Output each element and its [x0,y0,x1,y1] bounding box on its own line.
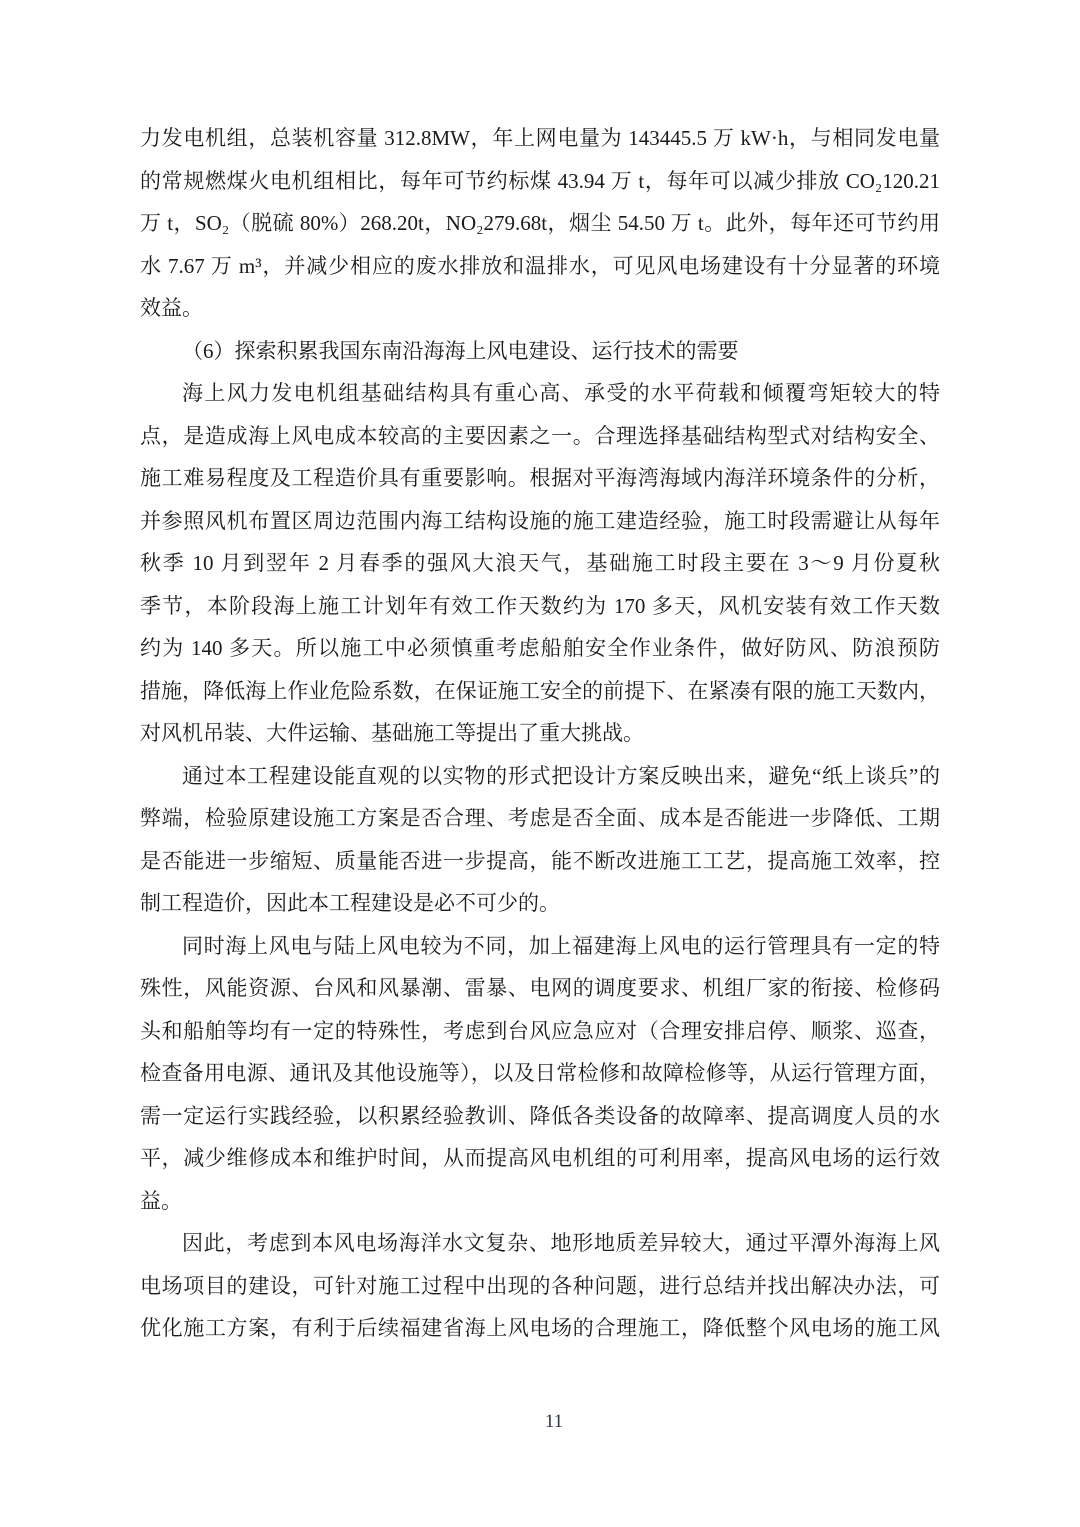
text-line: 制工程造价，因此本工程建设是必不可少的。 [140,882,940,925]
text-line: （6）探索积累我国东南沿海海上风电建设、运行技术的需要 [140,330,940,373]
text-line: 效益。 [140,287,940,330]
text-line: 平，减少维修成本和维护时间，从而提高风电机组的可利用率，提高风电场的运行效 [140,1137,940,1180]
text-line: 益。 [140,1180,940,1223]
text-line: 头和船舶等均有一定的特殊性，考虑到台风应急应对（合理安排启停、顺浆、巡查， [140,1010,940,1053]
para-operation-management: 同时海上风电与陆上风电较为不同，加上福建海上风电的运行管理具有一定的特殊性，风能… [140,925,940,1223]
document-page: 力发电机组，总装机容量 312.8MW，年上网电量为 143445.5 万 kW… [0,0,1080,1527]
text-line: 措施，降低海上作业危险系数，在保证施工安全的前提下、在紧凑有限的施工天数内， [140,670,940,713]
para-project-necessity: 通过本工程建设能直观的以实物的形式把设计方案反映出来，避免“纸上谈兵”的弊端，检… [140,755,940,925]
para-foundation-construction: 海上风力发电机组基础结构具有重心高、承受的水平荷载和倾覆弯矩较大的特点，是造成海… [140,372,940,755]
text-line: 并参照风机布置区周边范围内海工结构设施的施工建造经验，施工时段需避让从每年 [140,500,940,543]
text-line: 检查备用电源、通讯及其他设施等），以及日常检修和故障检修等，从运行管理方面， [140,1052,940,1095]
para-environment-benefits: 力发电机组，总装机容量 312.8MW，年上网电量为 143445.5 万 kW… [140,117,940,330]
text-line: 是否能进一步缩短、质量能否进一步提高，能不断改进施工工艺，提高施工效率，控 [140,840,940,883]
text-line: 秋季 10 月到翌年 2 月春季的强风大浪天气，基础施工时段主要在 3～9 月份… [140,542,940,585]
text-line: 电场项目的建设，可针对施工过程中出现的各种问题，进行总结并找出解决办法，可 [140,1265,940,1308]
text-line: 万 t，SO₂（脱硫 80%）268.20t，NO₂279.68t，烟尘 54.… [140,202,940,245]
text-line: 殊性，风能资源、台风和风暴潮、雷暴、电网的调度要求、机组厂家的衔接、检修码 [140,967,940,1010]
text-line: 季节，本阶段海上施工计划年有效工作天数约为 170 多天，风机安装有效工作天数 [140,585,940,628]
text-line: 水 7.67 万 m³，并减少相应的废水排放和温排水，可见风电场建设有十分显著的… [140,245,940,288]
text-line: 因此，考虑到本风电场海洋水文复杂、地形地质差异较大，通过平潭外海海上风 [140,1222,940,1265]
para-item6-heading: （6）探索积累我国东南沿海海上风电建设、运行技术的需要 [140,330,940,373]
text-line: 海上风力发电机组基础结构具有重心高、承受的水平荷载和倾覆弯矩较大的特 [140,372,940,415]
text-line: 弊端，检验原建设施工方案是否合理、考虑是否全面、成本是否能进一步降低、工期 [140,797,940,840]
para-conclusion: 因此，考虑到本风电场海洋水文复杂、地形地质差异较大，通过平潭外海海上风电场项目的… [140,1222,940,1350]
text-line: 约为 140 多天。所以施工中必须慎重考虑船舶安全作业条件，做好防风、防浪预防 [140,627,940,670]
text-line: 力发电机组，总装机容量 312.8MW，年上网电量为 143445.5 万 kW… [140,117,940,160]
text-line: 对风机吊装、大件运输、基础施工等提出了重大挑战。 [140,712,940,755]
text-line: 的常规燃煤火电机组相比，每年可节约标煤 43.94 万 t，每年可以减少排放 C… [140,160,940,203]
page-number: 11 [0,1408,1080,1436]
text-line: 施工难易程度及工程造价具有重要影响。根据对平海湾海域内海洋环境条件的分析， [140,457,940,500]
text-line: 需一定运行实践经验，以积累经验教训、降低各类设备的故障率、提高调度人员的水 [140,1095,940,1138]
text-line: 通过本工程建设能直观的以实物的形式把设计方案反映出来，避免“纸上谈兵”的 [140,755,940,798]
text-line: 优化施工方案，有利于后续福建省海上风电场的合理施工，降低整个风电场的施工风 [140,1307,940,1350]
text-line: 同时海上风电与陆上风电较为不同，加上福建海上风电的运行管理具有一定的特 [140,925,940,968]
text-line: 点，是造成海上风电成本较高的主要因素之一。合理选择基础结构型式对结构安全、 [140,415,940,458]
document-body: 力发电机组，总装机容量 312.8MW，年上网电量为 143445.5 万 kW… [140,117,940,1350]
